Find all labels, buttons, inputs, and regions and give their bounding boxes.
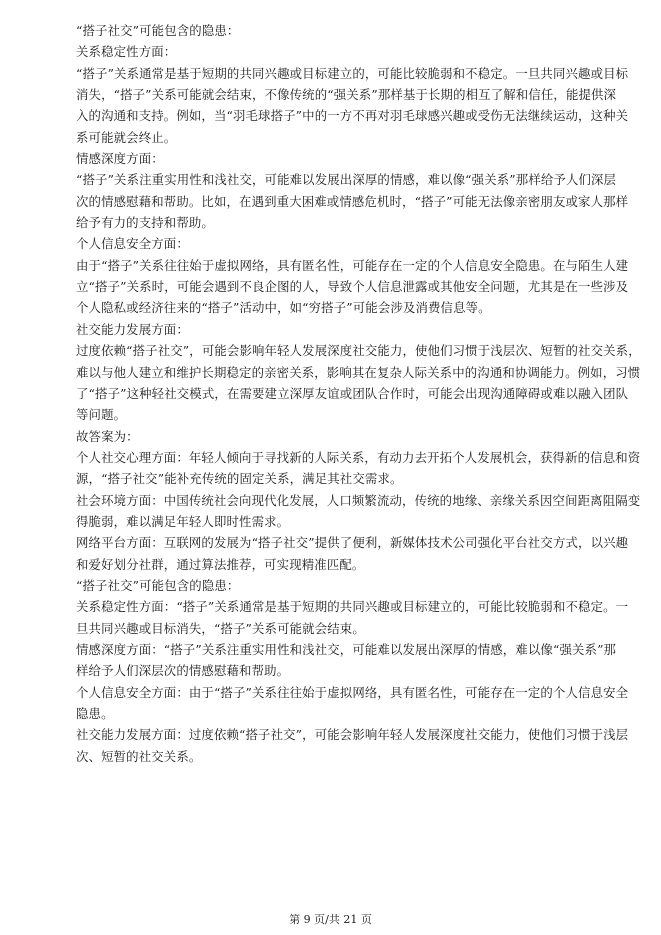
text-line: 给予有力的支持和帮助。	[76, 212, 597, 233]
text-line: 关系稳定性方面：	[76, 41, 597, 62]
text-line: 立“搭子”关系时，可能会遇到不良企图的人，导致个人信息泄露或其他安全问题，尤其是…	[76, 276, 597, 297]
text-line: 社交能力发展方面：	[76, 319, 597, 340]
text-line: 隐患。	[76, 703, 597, 724]
text-line: 个人信息安全方面：	[76, 233, 597, 254]
text-line: 关系稳定性方面：“搭子”关系通常是基于短期的共同兴趣或目标建立的，可能比较脆弱和…	[76, 596, 597, 617]
text-line: “搭子社交”可能包含的隐患：	[76, 575, 597, 596]
text-line: 次的情感慰藉和帮助。比如，在遇到重大困难或情感危机时，“搭子”可能无法像亲密朋友…	[76, 191, 597, 212]
text-line: 个人隐私或经济往来的“搭子”活动中，如“穷搭子”可能会涉及消费信息等。	[76, 297, 597, 318]
text-line: 样给予人们深层次的情感慰藉和帮助。	[76, 660, 597, 681]
text-line: 由于“搭子”关系往往始于虚拟网络，具有匿名性，可能存在一定的个人信息安全隐患。在…	[76, 255, 597, 276]
text-line: 等问题。	[76, 404, 597, 425]
text-line: 过度依赖“搭子社交”，可能会影响年轻人发展深度社交能力，使他们习惯于浅层次、短暂…	[76, 340, 597, 361]
text-line: “搭子”关系注重实用性和浅社交，可能难以发展出深厚的情感，难以像“强关系”那样给…	[76, 169, 597, 190]
text-line: 情感深度方面：	[76, 148, 597, 169]
text-line: 社会环境方面：中国传统社会向现代化发展，人口频繁流动，传统的地缘、亲缘关系因空间…	[76, 490, 597, 511]
text-line: “搭子社交”可能包含的隐患：	[76, 20, 597, 41]
text-line: 社交能力发展方面：过度依赖“搭子社交”，可能会影响年轻人发展深度社交能力，使他们…	[76, 724, 597, 745]
text-line: 难以与他人建立和维护长期稳定的亲密关系，影响其在复杂人际关系中的沟通和协调能力。…	[76, 362, 597, 383]
page-number-footer: 第 9 页/共 21 页	[0, 913, 661, 927]
text-line: 了“搭子”这种轻社交模式，在需要建立深厚友谊或团队合作时，可能会出现沟通障碍或难…	[76, 383, 597, 404]
text-line: 和爱好划分社群，通过算法推荐，可实现精准匹配。	[76, 554, 597, 575]
text-line: 源，“搭子社交”能补充传统的固定关系，满足其社交需求。	[76, 468, 597, 489]
text-line: 个人信息安全方面：由于“搭子”关系往往始于虚拟网络，具有匿名性，可能存在一定的个…	[76, 682, 597, 703]
text-line: 故答案为：	[76, 426, 597, 447]
text-line: 网络平台方面：互联网的发展为“搭子社交”提供了便利，新媒体技术公司强化平台社交方…	[76, 532, 597, 553]
document-page: “搭子社交”可能包含的隐患：关系稳定性方面：“搭子”关系通常是基于短期的共同兴趣…	[76, 20, 597, 767]
text-line: “搭子”关系通常是基于短期的共同兴趣或目标建立的，可能比较脆弱和不稳定。一旦共同…	[76, 63, 597, 84]
document-body: “搭子社交”可能包含的隐患：关系稳定性方面：“搭子”关系通常是基于短期的共同兴趣…	[76, 20, 597, 767]
text-line: 情感深度方面：“搭子”关系注重实用性和浅社交，可能难以发展出深厚的情感，难以像“…	[76, 639, 597, 660]
text-line: 系可能就会终止。	[76, 127, 597, 148]
text-line: 消失，“搭子”关系可能就会结束，不像传统的“强关系”那样基于长期的相互了解和信任…	[76, 84, 597, 105]
text-line: 入的沟通和支持。例如，当“羽毛球搭子”中的一方不再对羽毛球感兴趣或受伤无法继续运…	[76, 105, 597, 126]
text-line: 次、短暂的社交关系。	[76, 746, 597, 767]
text-line: 得脆弱，难以满足年轻人即时性需求。	[76, 511, 597, 532]
text-line: 个人社交心理方面：年轻人倾向于寻找新的人际关系，有动力去开拓个人发展机会，获得新…	[76, 447, 597, 468]
text-line: 旦共同兴趣或目标消失，“搭子”关系可能就会结束。	[76, 618, 597, 639]
